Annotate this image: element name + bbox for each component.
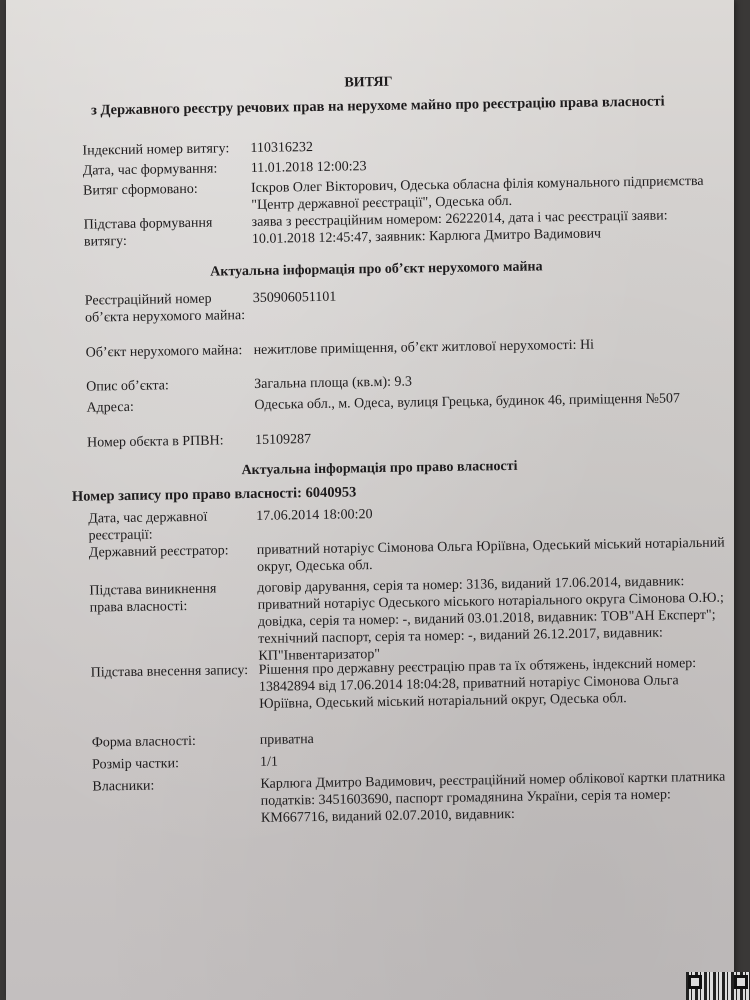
field-value: Карлюга Дмитро Вадимович, реєстраційний … bbox=[260, 769, 731, 827]
section-heading-ownership: Актуальна інформація про право власності bbox=[0, 455, 750, 483]
field-object-description: Опис об’єкта: Загальна площа (кв.м): 9.3 bbox=[86, 369, 716, 379]
field-label: Реєстраційний номер об’єкта нерухомого м… bbox=[85, 290, 246, 327]
field-label: Підстава внесення запису: bbox=[91, 662, 251, 682]
field-label: Об’єкт нерухомого майна: bbox=[86, 342, 246, 362]
field-label: Підстава формування витягу: bbox=[84, 214, 245, 251]
document-content: ВИТЯГ з Державного реєстру речових прав … bbox=[0, 0, 750, 1000]
qr-code-icon bbox=[686, 972, 750, 1000]
field-label: Державний реєстратор: bbox=[89, 542, 249, 562]
field-label: Дата, час державної реєстрації: bbox=[88, 508, 249, 545]
field-value: Рішення про державну реєстрацію прав та … bbox=[259, 655, 730, 713]
field-object-type: Об’єкт нерухомого майна: нежитлове примі… bbox=[86, 335, 716, 345]
field-ownership-basis: Підстава виникнення права власності: дог… bbox=[89, 573, 719, 583]
document-subtitle: з Державного реєстру речових прав на нер… bbox=[78, 93, 678, 119]
field-label: Опис об’єкта: bbox=[86, 376, 246, 396]
field-value: приватна bbox=[260, 725, 730, 749]
document-title: ВИТЯГ bbox=[0, 69, 744, 97]
field-value: 15109287 bbox=[255, 425, 725, 449]
field-object-reg-number: Реєстраційний номер об’єкта нерухомого м… bbox=[85, 283, 715, 293]
field-label: Дата, час формування: bbox=[83, 160, 243, 180]
field-label: Адреса: bbox=[86, 397, 246, 417]
field-value: Загальна площа (кв.м): 9.3 bbox=[254, 369, 724, 393]
field-label: Номер обєкта в РПВН: bbox=[87, 432, 247, 452]
ownership-record-number: Номер запису про право власності: 604095… bbox=[72, 484, 357, 505]
field-label: Власники: bbox=[92, 776, 252, 796]
field-value: приватний нотаріус Сімонова Ольга Юріївн… bbox=[257, 535, 727, 576]
field-label: Розмір частки: bbox=[92, 754, 252, 774]
field-label: Форма власності: bbox=[92, 732, 252, 752]
field-label: Підстава виникнення права власності: bbox=[89, 580, 250, 617]
field-value: нежитлове приміщення, об’єкт житлової не… bbox=[254, 335, 724, 359]
field-value: 17.06.2014 18:00:20 bbox=[256, 501, 726, 525]
field-value: договір дарування, серія та номер: 3136,… bbox=[257, 573, 728, 665]
field-value: 350906051101 bbox=[253, 283, 723, 307]
field-ownership-form: Форма власності: приватна bbox=[92, 725, 722, 735]
field-label: Витяг сформовано: bbox=[83, 180, 243, 200]
field-rpvn-number: Номер обєкта в РПВН: 15109287 bbox=[87, 425, 717, 435]
field-value: заява з реєстраційним номером: 26222014,… bbox=[251, 207, 721, 248]
field-label: Індексний номер витягу: bbox=[82, 140, 242, 160]
field-value: Одеська обл., м. Одеса, вулиця Грецька, … bbox=[254, 390, 724, 414]
section-heading-object: Актуальна інформація про об’єкт нерухомо… bbox=[0, 256, 750, 284]
field-value: 1/1 bbox=[260, 747, 730, 771]
field-extract-index: Індексний номер витягу: 110316232 bbox=[82, 133, 712, 143]
